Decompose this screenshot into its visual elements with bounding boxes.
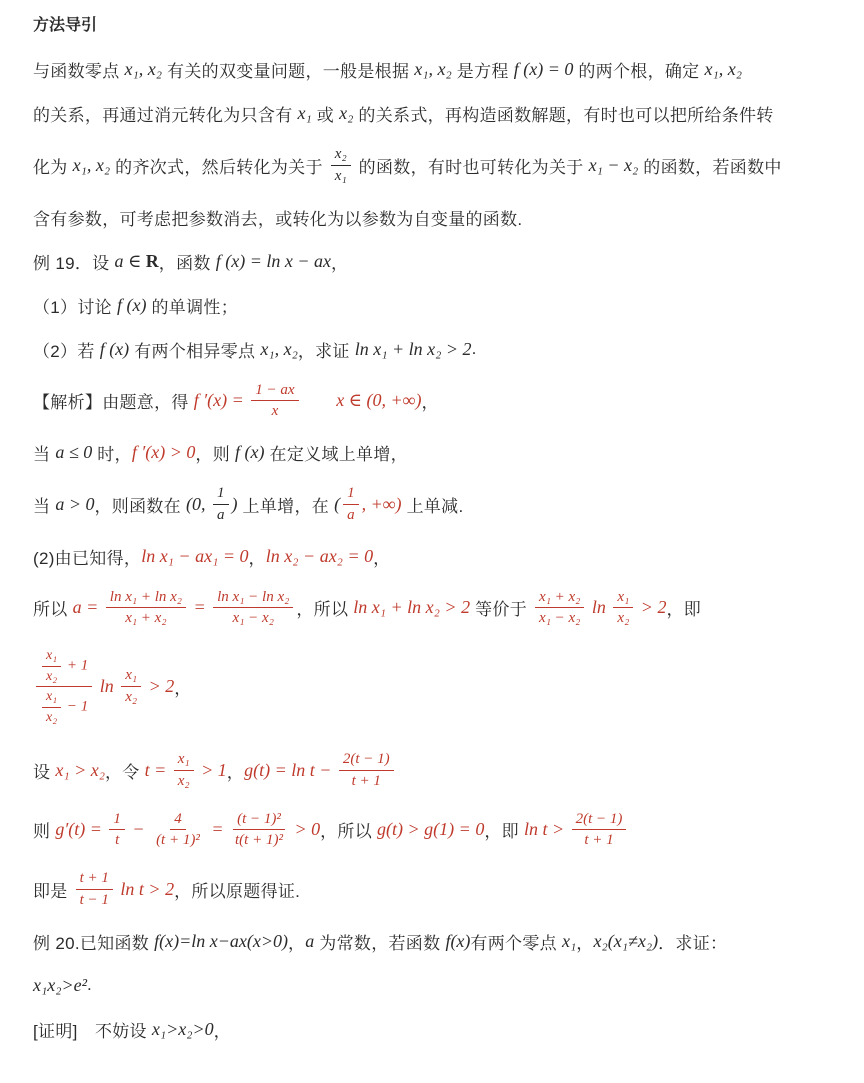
text-run: ， — [214, 1017, 231, 1042]
proof-start: [证明] 不妨设 x₁>x₂>0， — [33, 1017, 844, 1042]
math-run: f ′(x) = — [194, 390, 249, 411]
denominator: a — [213, 505, 229, 525]
denominator: x₁ − x₂ — [229, 608, 278, 628]
math-run: ln — [95, 676, 118, 697]
text-run: 有关的双变量问题，一般是根据 — [162, 57, 414, 82]
math-run: x₁ + x₂ — [539, 589, 580, 605]
math-run: = — [189, 597, 210, 618]
text-run: 是方程 — [452, 57, 514, 82]
text-run: 的函数，若函数中 — [638, 153, 781, 178]
numerator: x₂ — [331, 145, 351, 166]
text-run: ，求证 — [298, 337, 355, 362]
numerator: 1 — [109, 810, 125, 831]
math-run: > 1 — [197, 760, 227, 781]
intro-line-3: 化为 x₁, x₂ 的齐次式，然后转化为关于 x₂x₁ 的函数，有时也可转化为关… — [33, 145, 844, 186]
math-run: g′(t) = — [55, 819, 106, 840]
math-run: 1 — [217, 485, 225, 501]
text-run: ， — [288, 929, 305, 954]
text-run: 的函数，有时也可转化为关于 — [354, 153, 589, 178]
denominator: x₂ — [613, 608, 633, 628]
fraction: x₁ + x₂x₁ − x₂ — [535, 588, 584, 629]
numerator: 1 — [213, 484, 229, 505]
text-run: 当 — [33, 440, 55, 465]
text-run: 即是 — [33, 877, 73, 902]
math-run: ln x₁ + ln x₂ — [110, 589, 182, 605]
math-run: 1 − ax — [255, 382, 294, 398]
math-run: g(t) > g(1) = 0 — [377, 819, 484, 840]
fraction: x₁x₂ + 1x₁x₂ − 1 — [36, 647, 92, 726]
denominator: x₂ — [42, 667, 61, 686]
math-run: ln x₁ − ax₁ = 0 — [141, 546, 248, 567]
math-run: a — [347, 507, 355, 523]
math-run: x₂ — [46, 710, 57, 725]
math-run: x₁ — [46, 689, 57, 704]
text-run: ， — [576, 929, 593, 954]
math-run: x₁ + x₂ — [125, 610, 166, 626]
math-run: f (x) — [117, 295, 146, 316]
text-run: ，所以原题得证. — [174, 877, 300, 902]
document-page: 方法导引 与函数零点 x₁, x₂ 有关的双变量问题，一般是根据 x₁, x₂ … — [0, 0, 864, 1042]
fraction: ln x₁ + ln x₂x₁ + x₂ — [106, 588, 186, 629]
text-run: ，即 — [666, 595, 701, 620]
math-run: a — [217, 507, 225, 523]
numerator: x₁ + x₂ — [535, 588, 584, 609]
text-run: 有两个相异零点 — [129, 337, 260, 362]
numerator: 4 — [170, 810, 186, 831]
math-run: t + 1 — [584, 832, 613, 848]
numerator: (t − 1)² — [233, 810, 285, 831]
math-run: g(t) = ln t − — [244, 760, 336, 781]
math-run: x₁, x₂ — [125, 59, 163, 80]
text-run: 例 20.已知函数 — [33, 929, 154, 954]
denominator: x₁ − x₂ — [535, 608, 584, 628]
math-run: a ∈ — [114, 251, 145, 272]
math-run: x₁ — [562, 931, 576, 952]
analysis-derivative: 【解析】由题意，得 f ′(x) = 1 − axx x ∈ (0, +∞)， — [33, 381, 844, 422]
denominator: (t + 1)² — [152, 830, 204, 850]
math-run: t = — [145, 760, 171, 781]
numerator: 1 − ax — [251, 381, 298, 402]
text-run: ， — [331, 249, 348, 274]
math-run: f(x) — [445, 931, 470, 952]
math-run: x₂ — [617, 610, 629, 626]
denominator: x — [268, 401, 283, 421]
text-run: ， — [373, 544, 390, 569]
fraction: (t − 1)²t(t + 1)² — [231, 810, 287, 851]
example19-question-1: （1）讨论 f (x) 的单调性； — [33, 293, 844, 318]
math-run: 2(t − 1) — [576, 811, 623, 827]
fraction: x₁x₂ — [42, 688, 61, 726]
math-run: (t + 1)² — [156, 832, 200, 848]
math-run: t − 1 — [80, 892, 109, 908]
fraction: x₁x₂ — [121, 666, 141, 707]
math-run: x₁>x₂>0 — [152, 1019, 214, 1040]
fraction: 2(t − 1)t + 1 — [339, 750, 394, 791]
math-run: x₁ — [178, 751, 190, 767]
fraction: 1a — [343, 484, 359, 525]
text-run: ，所以 — [320, 817, 377, 842]
math-run: − — [128, 819, 149, 840]
text-run: ，所以 — [296, 595, 353, 620]
numerator: ln x₁ + ln x₂ — [106, 588, 186, 609]
math-run: a ≤ 0 — [55, 442, 92, 463]
text-run: 则 — [33, 817, 55, 842]
math-run: f (x) — [100, 339, 129, 360]
math-run: x₁ — [46, 648, 57, 663]
math-run: (t − 1)² — [237, 811, 281, 827]
fraction: 1t — [109, 810, 125, 851]
text-run: 化为 — [33, 153, 73, 178]
numerator: x₁ — [42, 647, 61, 667]
text-run: ，令 — [105, 758, 145, 783]
example19-conclusion: 即是 t + 1t − 1 ln t > 2，所以原题得证. — [33, 869, 844, 910]
text-run: ， — [227, 758, 244, 783]
math-run: f(x)=ln x−ax(x>0) — [154, 931, 288, 952]
denominator: x₁ — [331, 166, 351, 186]
numerator: x₁ — [42, 688, 61, 708]
numerator: 1 — [343, 484, 359, 505]
text-run — [302, 388, 337, 413]
intro-line-4: 含有参数，可考虑把参数消去，或转化为以参数为自变量的函数. — [33, 205, 844, 230]
fraction: t + 1t − 1 — [76, 869, 113, 910]
denominator: t(t + 1)² — [231, 830, 287, 850]
intro-line-1: 与函数零点 x₁, x₂ 有关的双变量问题，一般是根据 x₁, x₂ 是方程 f… — [33, 57, 844, 82]
math-run: t(t + 1)² — [235, 832, 283, 848]
math-run: x₂ — [178, 773, 190, 789]
math-run: ( — [334, 494, 340, 515]
text-run: 设 — [33, 758, 55, 783]
fraction: ln x₁ − ln x₂x₁ − x₂ — [213, 588, 293, 629]
math-run: t + 1 — [80, 870, 109, 886]
math-run: x₁ − x₂ — [233, 610, 274, 626]
text-run: 所以 — [33, 595, 73, 620]
denominator: x₂ — [174, 771, 194, 791]
big-nested-inequality: x₁x₂ + 1x₁x₂ − 1 ln x₁x₂ > 2， — [33, 647, 844, 726]
math-run: t + 1 — [352, 773, 381, 789]
math-run: R — [146, 251, 159, 272]
text-run: ， — [248, 544, 265, 569]
math-run: x — [272, 403, 279, 419]
math-run: x₂(x₁≠x₂) — [594, 931, 659, 952]
math-run: ln x₁ + ln x₂ > 2 — [353, 597, 470, 618]
text-run: . — [472, 339, 477, 359]
math-run: ln — [587, 597, 610, 618]
fraction: x₁x₂ — [42, 647, 61, 685]
text-run: ， — [421, 388, 438, 413]
math-run: x₁ > x₂ — [55, 760, 105, 781]
example20-heading: 例 20.已知函数 f(x)=ln x−ax(x>0)，a 为常数，若函数 f(… — [33, 929, 844, 954]
example20-claim: x₁x₂>e². — [33, 973, 844, 998]
text-run: 【解析】由题意，得 — [33, 388, 194, 413]
math-run: 2(t − 1) — [343, 751, 390, 767]
denominator: x₂ — [121, 687, 141, 707]
math-run: , +∞) — [362, 494, 402, 515]
math-run: x₁, x₂ — [260, 339, 298, 360]
math-run: x₁, x₂ — [414, 59, 452, 80]
text-run: （2）若 — [33, 337, 100, 362]
text-run: 例 19．设 — [33, 249, 114, 274]
numerator: x₁ — [174, 750, 194, 771]
math-run: x₁, x₂ — [73, 155, 111, 176]
numerator: x₁ — [613, 588, 633, 609]
denominator: x₂ — [42, 708, 61, 727]
example19-heading: 例 19．设 a ∈ R，函数 f (x) = ln x − ax， — [33, 249, 844, 274]
math-run: f (x) = ln x − ax — [216, 251, 331, 272]
math-run: > 0 — [290, 819, 320, 840]
math-run: x₁ — [335, 168, 347, 184]
math-run: f (x) — [235, 442, 264, 463]
numerator: ln x₁ − ln x₂ — [213, 588, 293, 609]
numerator: x₁x₂ + 1 — [36, 647, 92, 687]
numerator: t + 1 — [76, 869, 113, 890]
text-run: 的两个根，确定 — [573, 57, 704, 82]
math-run: f ′(x) > 0 — [132, 442, 196, 463]
text-run: . — [87, 975, 92, 995]
math-run: a > 0 — [55, 494, 94, 515]
denominator: a — [343, 505, 359, 525]
math-run: 1 — [113, 811, 121, 827]
part2-known-equations: (2)由已知得，ln x₁ − ax₁ = 0，ln x₂ − ax₂ = 0， — [33, 544, 844, 569]
text-run: 的齐次式，然后转化为关于 — [110, 153, 328, 178]
numerator: 2(t − 1) — [572, 810, 627, 831]
math-run: (0, — [186, 494, 210, 515]
math-run: x₁ — [617, 589, 629, 605]
fraction: x₁x₂ — [613, 588, 633, 629]
intro-line-2: 的关系，再通过消元转化为只含有 x₁ 或 x₂ 的关系式，再构造函数解题，有时也… — [33, 101, 844, 126]
text-run: 为常数，若函数 — [314, 929, 445, 954]
text-run: ．求证： — [658, 929, 727, 954]
math-run: a — [305, 931, 314, 952]
denominator: t + 1 — [580, 830, 617, 850]
text-run: 有两个零点 — [470, 929, 562, 954]
text-run: （1）讨论 — [33, 293, 117, 318]
text-run: 的关系式，再构造函数解题，有时也可以把所给条件转 — [353, 101, 773, 126]
fraction: 1 − axx — [251, 381, 298, 422]
substitution-t: 设 x₁ > x₂，令 t = x₁x₂ > 1，g(t) = ln t − 2… — [33, 750, 844, 791]
text-run: 的单调性； — [146, 293, 238, 318]
page-title: 方法导引 — [33, 12, 844, 35]
text-run: 上单减. — [402, 492, 464, 517]
math-run: ln x₁ − ln x₂ — [217, 589, 289, 605]
text-run: ，即 — [484, 817, 524, 842]
text-run: (2)由已知得， — [33, 544, 141, 569]
text-run: 在定义域上单增， — [265, 440, 408, 465]
example19-question-2: （2）若 f (x) 有两个相异零点 x₁, x₂，求证 ln x₁ + ln … — [33, 337, 844, 362]
math-run: x₁x₂>e² — [33, 975, 87, 996]
text-run: 与函数零点 — [33, 57, 125, 82]
math-run: > 2 — [636, 597, 666, 618]
math-run: + 1 — [63, 657, 88, 673]
text-run: [证明] 不妨设 — [33, 1017, 152, 1042]
math-run: x₂ — [339, 103, 353, 124]
denominator: x₁ + x₂ — [121, 608, 170, 628]
denominator: t − 1 — [76, 890, 113, 910]
math-run: ln t > 2 — [116, 879, 174, 900]
text-run: 的关系，再通过消元转化为只含有 — [33, 101, 298, 126]
math-run: t — [115, 832, 119, 848]
math-run: x₁ − x₂ — [589, 155, 639, 176]
fraction: 2(t − 1)t + 1 — [572, 810, 627, 851]
math-run: f (x) = 0 — [514, 59, 574, 80]
math-run: x₁ − x₂ — [539, 610, 580, 626]
text-run: 当 — [33, 492, 55, 517]
math-run: ln t > — [524, 819, 569, 840]
math-run: x₂ — [335, 146, 347, 162]
text-run: ，则 — [195, 440, 235, 465]
fraction: x₁x₂ — [174, 750, 194, 791]
text-run: ，函数 — [159, 249, 216, 274]
text-run: 上单增，在 — [238, 492, 335, 517]
derive-a-equivalence: 所以 a = ln x₁ + ln x₂x₁ + x₂ = ln x₁ − ln… — [33, 588, 844, 629]
document-body: 与函数零点 x₁, x₂ 有关的双变量问题，一般是根据 x₁, x₂ 是方程 f… — [33, 57, 844, 1042]
math-run: x₁ — [298, 103, 312, 124]
fraction: 4(t + 1)² — [152, 810, 204, 851]
text-run: 或 — [312, 101, 339, 126]
math-run: > 2 — [144, 676, 174, 697]
math-run: ln x₁ + ln x₂ > 2 — [355, 339, 472, 360]
monotonic-case-1: 当 a ≤ 0 时，f ′(x) > 0，则 f (x) 在定义域上单增， — [33, 440, 844, 465]
text-run: ，则函数在 — [94, 492, 186, 517]
monotonic-case-2: 当 a > 0，则函数在 (0, 1a) 上单增，在 (1a, +∞) 上单减. — [33, 484, 844, 525]
math-run: x ∈ (0, +∞) — [336, 390, 421, 411]
derivative-of-g: 则 g′(t) = 1t − 4(t + 1)² = (t − 1)²t(t +… — [33, 810, 844, 851]
fraction: 1a — [213, 484, 229, 525]
text-run: 等价于 — [470, 595, 532, 620]
math-run: 4 — [174, 811, 182, 827]
math-run: = — [207, 819, 228, 840]
text-run: 含有参数，可考虑把参数消去，或转化为以参数为自变量的函数. — [33, 205, 522, 230]
math-run: x₁, x₂ — [705, 59, 743, 80]
math-run: a = — [73, 597, 103, 618]
text-run: ， — [174, 674, 191, 699]
math-run: − 1 — [63, 698, 88, 714]
denominator: x₁x₂ − 1 — [36, 687, 92, 726]
numerator: x₁ — [121, 666, 141, 687]
denominator: t + 1 — [348, 771, 385, 791]
denominator: t — [111, 830, 123, 850]
numerator: 2(t − 1) — [339, 750, 394, 771]
fraction: x₂x₁ — [331, 145, 351, 186]
math-run: x₁ — [125, 667, 137, 683]
text-run: 时， — [92, 440, 132, 465]
math-run: 1 — [347, 485, 355, 501]
math-run: x₂ — [125, 689, 137, 705]
math-run: ln x₂ − ax₂ = 0 — [266, 546, 373, 567]
math-run: x₂ — [46, 669, 57, 684]
